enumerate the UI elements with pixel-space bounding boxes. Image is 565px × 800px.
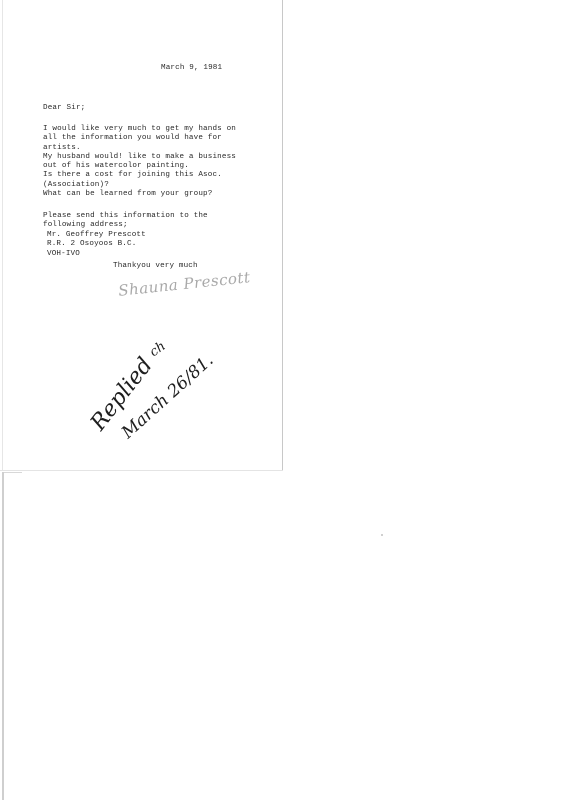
- body-line: (Association)?: [43, 181, 236, 190]
- handwritten-initials: ch: [147, 339, 168, 360]
- body-line: artists.: [43, 144, 236, 153]
- body-line: What can be learned from your group?: [43, 190, 236, 199]
- address-line: VOH-IVO: [47, 250, 146, 259]
- page-edge: [2, 472, 22, 473]
- scan-speck: [381, 534, 383, 536]
- body-line: all the information you would have for: [43, 134, 236, 143]
- request-paragraph: Please send this information to thefollo…: [43, 212, 208, 231]
- letter-body: I would like very much to get my hands o…: [43, 125, 236, 199]
- body-line: My husband would! like to make a busines…: [43, 153, 236, 162]
- letter-date: March 9, 1981: [161, 64, 222, 73]
- page-edge: [2, 0, 3, 470]
- page-edge: [2, 472, 4, 800]
- address-line: Mr. Geoffrey Prescott: [47, 231, 146, 240]
- body-line: Is there a cost for joining this Asoc.: [43, 171, 236, 180]
- request-line: following address;: [43, 221, 208, 230]
- body-line: I would like very much to get my hands o…: [43, 125, 236, 134]
- signature: Shauna Prescott: [117, 268, 251, 300]
- salutation: Dear Sir;: [43, 104, 85, 113]
- request-line: Please send this information to the: [43, 212, 208, 221]
- body-line: out of his watercolor painting.: [43, 162, 236, 171]
- closing: Thankyou very much: [113, 262, 198, 271]
- address-line: R.R. 2 Osoyoos B.C.: [47, 240, 146, 249]
- letter-page: March 9, 1981 Dear Sir; I would like ver…: [0, 0, 283, 470]
- mailing-address: Mr. Geoffrey PrescottR.R. 2 Osoyoos B.C.…: [47, 231, 146, 259]
